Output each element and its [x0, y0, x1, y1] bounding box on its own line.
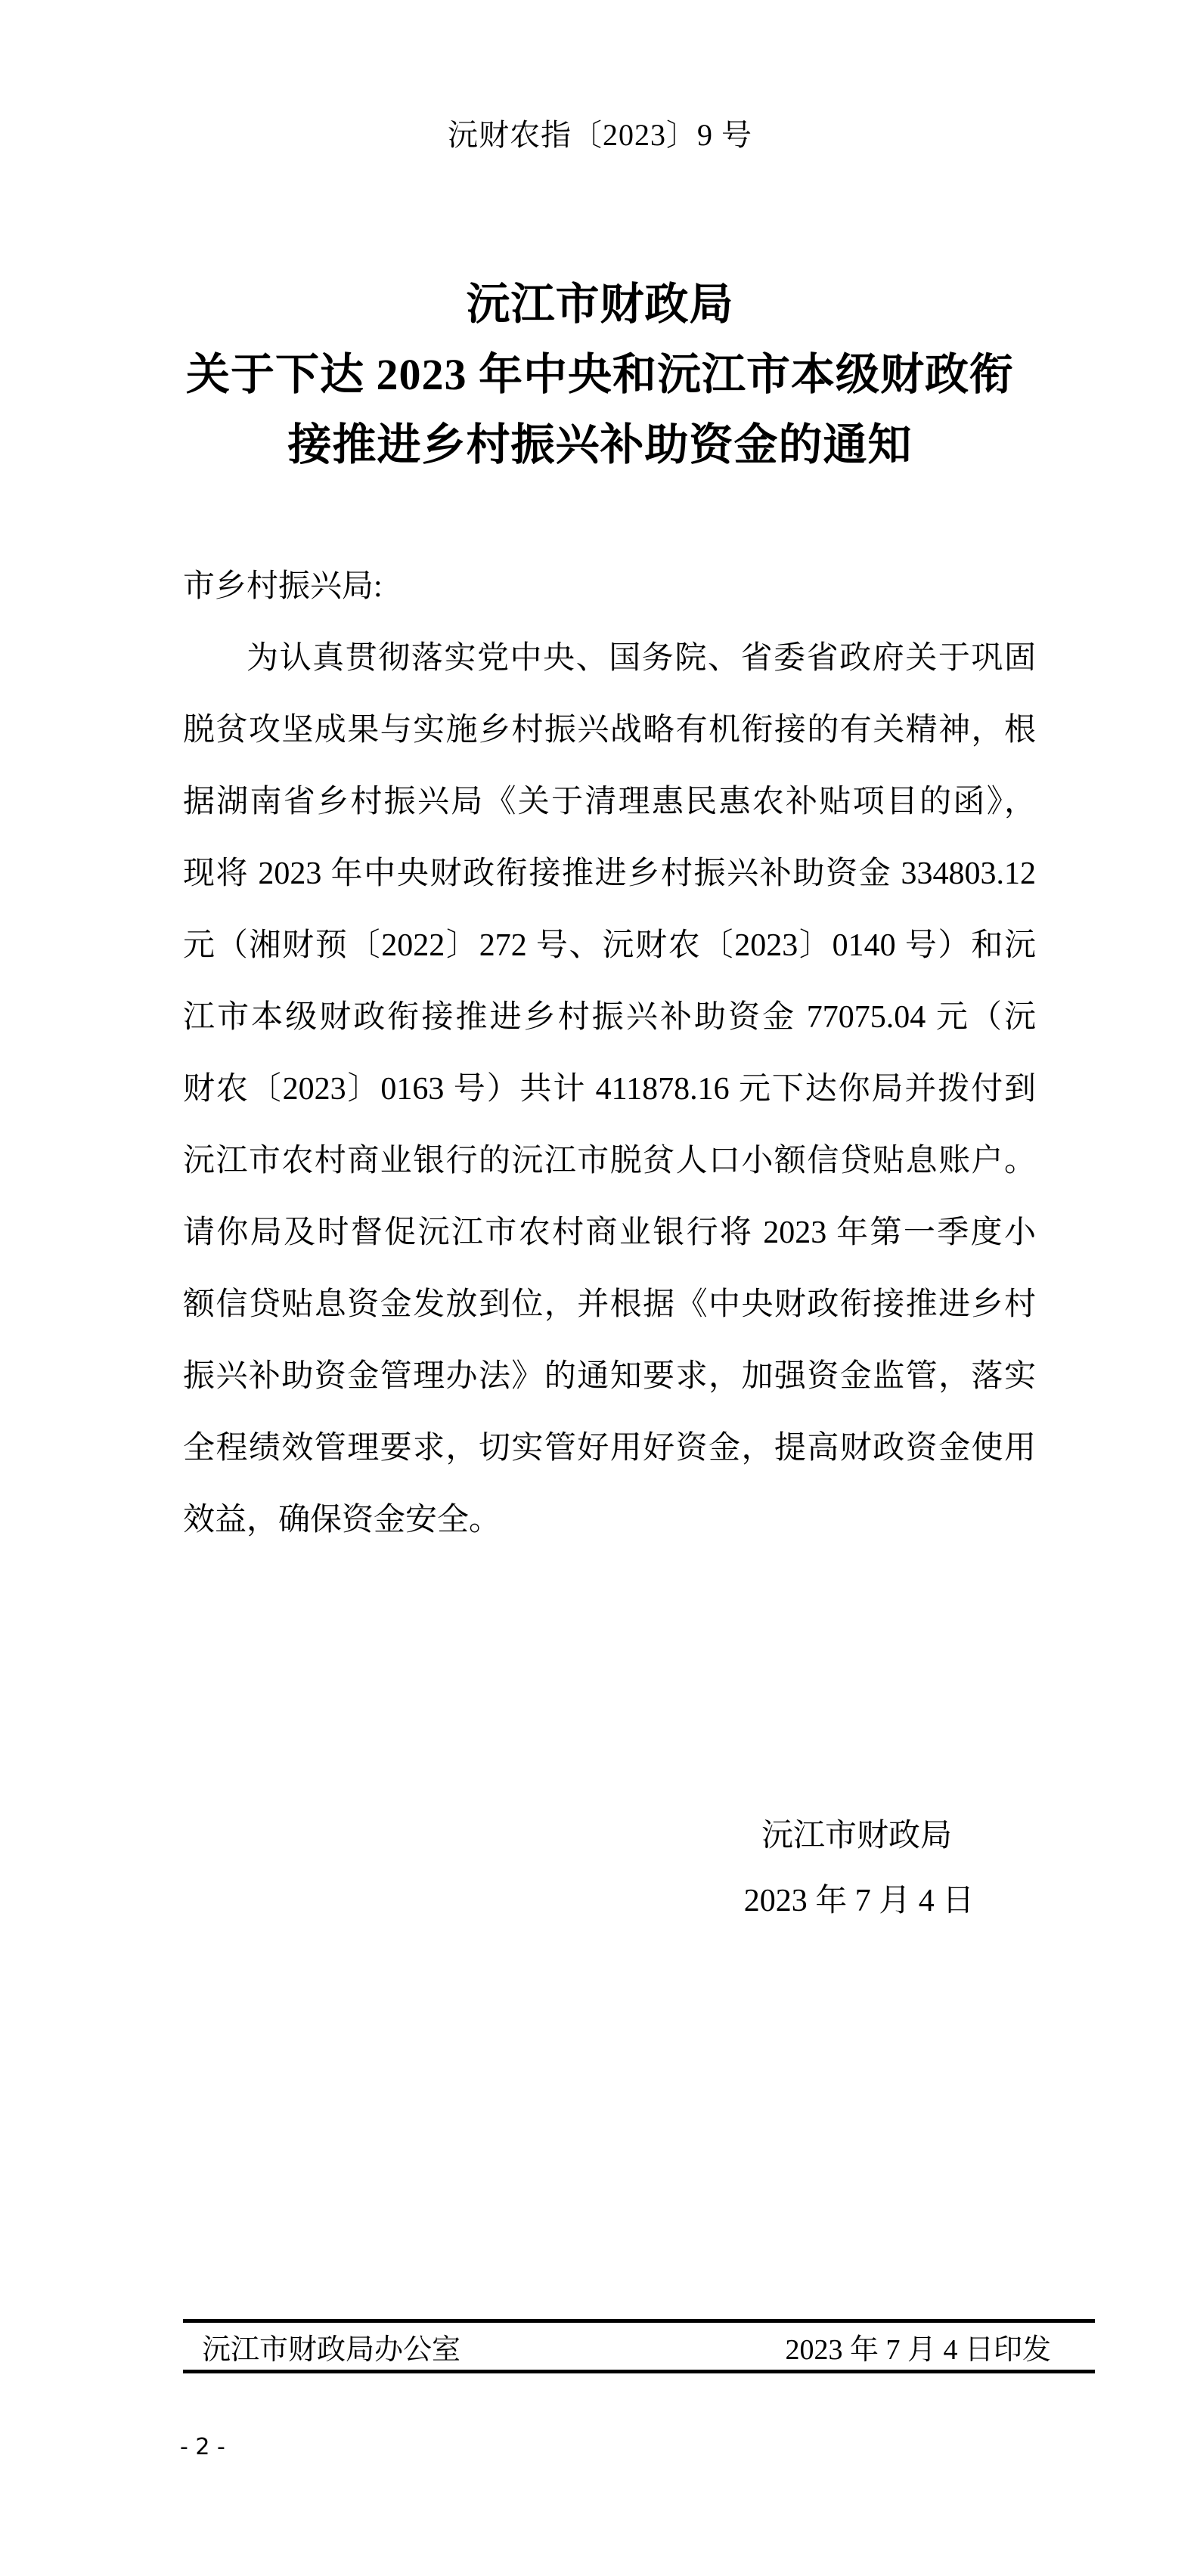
document-page: 沅财农指〔2023〕9 号 沅江市财政局关于下达 2023 年中央和沅江市本级财… — [0, 0, 1200, 2576]
paragraph-line: 请你局及时督促沅江市农村商业银行将 2023 年第一季度小 — [183, 1197, 1036, 1269]
paragraph-line: 额信贷贴息资金发放到位，并根据《中央财政衔接推进乡村 — [183, 1269, 1036, 1341]
paragraph-last-line: 效益，确保资金安全。 — [183, 1485, 1036, 1556]
signature-org: 沅江市财政局 — [761, 1819, 952, 1853]
paragraph-line: 脱贫攻坚成果与实施乡村振兴战略有机衔接的有关精神，根 — [183, 695, 1036, 766]
doc-title-line: 沅江市财政局 — [0, 269, 1200, 339]
paragraph-line: 现将 2023 年中央财政衔接推进乡村振兴补助资金 334803.12 — [183, 838, 1036, 910]
paragraph-line: 沅江市农村商业银行的沅江市脱贫人口小额信贷贴息账户。 — [183, 1125, 1036, 1197]
doc-title-line: 关于下达 2023 年中央和沅江市本级财政衔 — [0, 339, 1200, 410]
recipient: 市乡村振兴局: — [183, 551, 1036, 623]
doc-body: 市乡村振兴局: 为认真贯彻落实党中央、国务院、省委省政府关于巩固脱贫攻坚成果与实… — [183, 551, 1036, 1556]
paragraph: 为认真贯彻落实党中央、国务院、省委省政府关于巩固脱贫攻坚成果与实施乡村振兴战略有… — [183, 623, 1036, 1485]
doc-number: 沅财农指〔2023〕9 号 — [0, 118, 1200, 153]
paragraph-line: 江市本级财政衔接推进乡村振兴补助资金 77075.04 元（沅 — [183, 982, 1036, 1054]
paragraph-line: 全程绩效管理要求，切实管好用好资金，提高财政资金使用 — [183, 1413, 1036, 1485]
doc-title-line: 接推进乡村振兴补助资金的通知 — [0, 410, 1200, 480]
footer-row: 沅江市财政局办公室 2023 年 7 月 4 日印发 — [183, 2323, 1095, 2370]
footer: 沅江市财政局办公室 2023 年 7 月 4 日印发 — [183, 2319, 1095, 2373]
doc-title: 沅江市财政局关于下达 2023 年中央和沅江市本级财政衔接推进乡村振兴补助资金的… — [0, 269, 1200, 480]
footer-office: 沅江市财政局办公室 — [202, 2326, 460, 2367]
paragraph-line: 财农〔2023〕0163 号）共计 411878.16 元下达你局并拨付到 — [183, 1054, 1036, 1125]
signature-date: 2023 年 7 月 4 日 — [744, 1884, 975, 1918]
footer-bottom-rule — [183, 2370, 1095, 2373]
paragraph-line: 为认真贯彻落实党中央、国务院、省委省政府关于巩固 — [183, 623, 1036, 695]
page-number: - 2 - — [180, 2434, 225, 2460]
footer-print-date: 2023 年 7 月 4 日印发 — [785, 2326, 1051, 2367]
paragraph-line: 元（湘财预〔2022〕272 号、沅财农〔2023〕0140 号）和沅 — [183, 910, 1036, 982]
paragraph-line: 振兴补助资金管理办法》的通知要求，加强资金监管，落实 — [183, 1341, 1036, 1413]
paragraph-line: 据湖南省乡村振兴局《关于清理惠民惠农补贴项目的函》， — [183, 766, 1036, 838]
